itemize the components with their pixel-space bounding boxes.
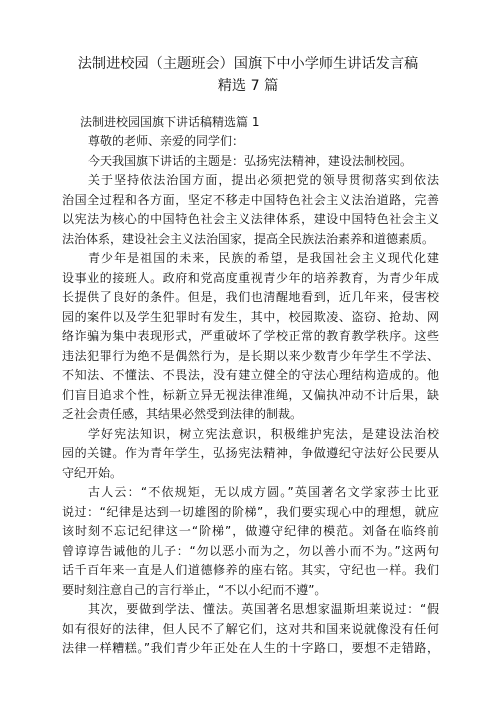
body-line: 不知法、不懂法、不畏法，没有建立健全的守法心理结构造成的。他: [62, 366, 439, 386]
body-line: 园的关键。作为青年学生，弘扬宪法精神，争做遵纪守法好公民要从: [62, 444, 439, 464]
body-line: 如有很好的法律，但人民不了解它们，这对共和国来说就像没有任何: [62, 620, 439, 640]
document-page: 法制进校园（主题班会）国旗下中小学师生讲话发言稿 精选 7 篇 法制进校园国旗下…: [0, 0, 496, 702]
body-text: 尊敬的老师、亲爱的同学们：今天我国旗下讲话的主题是：弘扬宪法精神，建设法制校园。…: [62, 132, 439, 659]
body-line: 其次，要做到学法、懂法。英国著名思想家温斯坦莱说过：“假: [62, 600, 439, 620]
body-line: 该时刻不忘记纪律这一“阶梯”，做遵守纪律的模范。刘备在临终前: [62, 522, 439, 542]
body-line: 古人云：“不依规矩，无以成方圆。”英国著名文学家莎士比亚: [62, 483, 439, 503]
body-line: 守纪开始。: [62, 464, 439, 484]
document-title: 法制进校园（主题班会）国旗下中小学师生讲话发言稿 精选 7 篇: [60, 53, 436, 97]
body-line: 曾谆谆告诫他的儿子：“勿以恶小而为之，勿以善小而不为。”这两句: [62, 542, 439, 562]
body-line: 以宪法为核心的中国特色社会主义法律体系，建设中国特色社会主义: [62, 210, 439, 230]
body-line: 长提供了良好的条件。但是，我们也清醒地看到，近几年来，侵害校: [62, 288, 439, 308]
body-line: 设事业的接班人。政府和党高度重视青少年的培养教育，为青少年成: [62, 269, 439, 289]
body-line: 乏社会责任感，其结果必然受到法律的制裁。: [62, 405, 439, 425]
body-line: 要时刻注意自己的言行举止，“不以小纪而不遵”。: [62, 581, 439, 601]
title-line-1: 法制进校园（主题班会）国旗下中小学师生讲话发言稿: [60, 53, 436, 75]
body-line: 治国全过程和各方面，坚定不移走中国特色社会主义法治道路，完善: [62, 191, 439, 211]
body-line: 园的案件以及学生犯罪时有发生，其中，校园欺凌、盗窃、抢劫、网: [62, 308, 439, 328]
body-line: 青少年是祖国的未来，民族的希望，是我国社会主义现代化建: [62, 249, 439, 269]
body-line: 法治体系，建设社会主义法治国家，提高全民族法治素养和道德素质。: [62, 230, 439, 250]
body-line: 们盲目追求个性，标新立异无视法律准绳，又偏执冲动不计后果，缺: [62, 386, 439, 406]
section-heading: 法制进校园国旗下讲话稿精选篇 1: [80, 113, 259, 133]
body-line: 话千百年来一直是人们道德修养的座右铭。其实，守纪也一样。我们: [62, 561, 439, 581]
body-line: 关于坚持依法治国方面，提出必须把党的领导贯彻落实到依法: [62, 171, 439, 191]
body-line: 违法犯罪行为绝不是偶然行为，是长期以来少数青少年学生不学法、: [62, 347, 439, 367]
title-line-2: 精选 7 篇: [60, 75, 436, 97]
body-line: 学好宪法知识，树立宪法意识，积极维护宪法，是建设法治校: [62, 425, 439, 445]
body-line: 今天我国旗下讲话的主题是：弘扬宪法精神，建设法制校园。: [62, 152, 439, 172]
body-line: 说过：“纪律是达到一切雄图的阶梯”，我们要实现心中的理想，就应: [62, 503, 439, 523]
body-line: 尊敬的老师、亲爱的同学们：: [62, 132, 439, 152]
body-line: 络诈骗为集中表现形式，严重破坏了学校正常的教育教学秩序。这些: [62, 327, 439, 347]
body-line: 法律一样糟糕。”我们青少年正处在人生的十字路口，要想不走错路，: [62, 639, 439, 659]
